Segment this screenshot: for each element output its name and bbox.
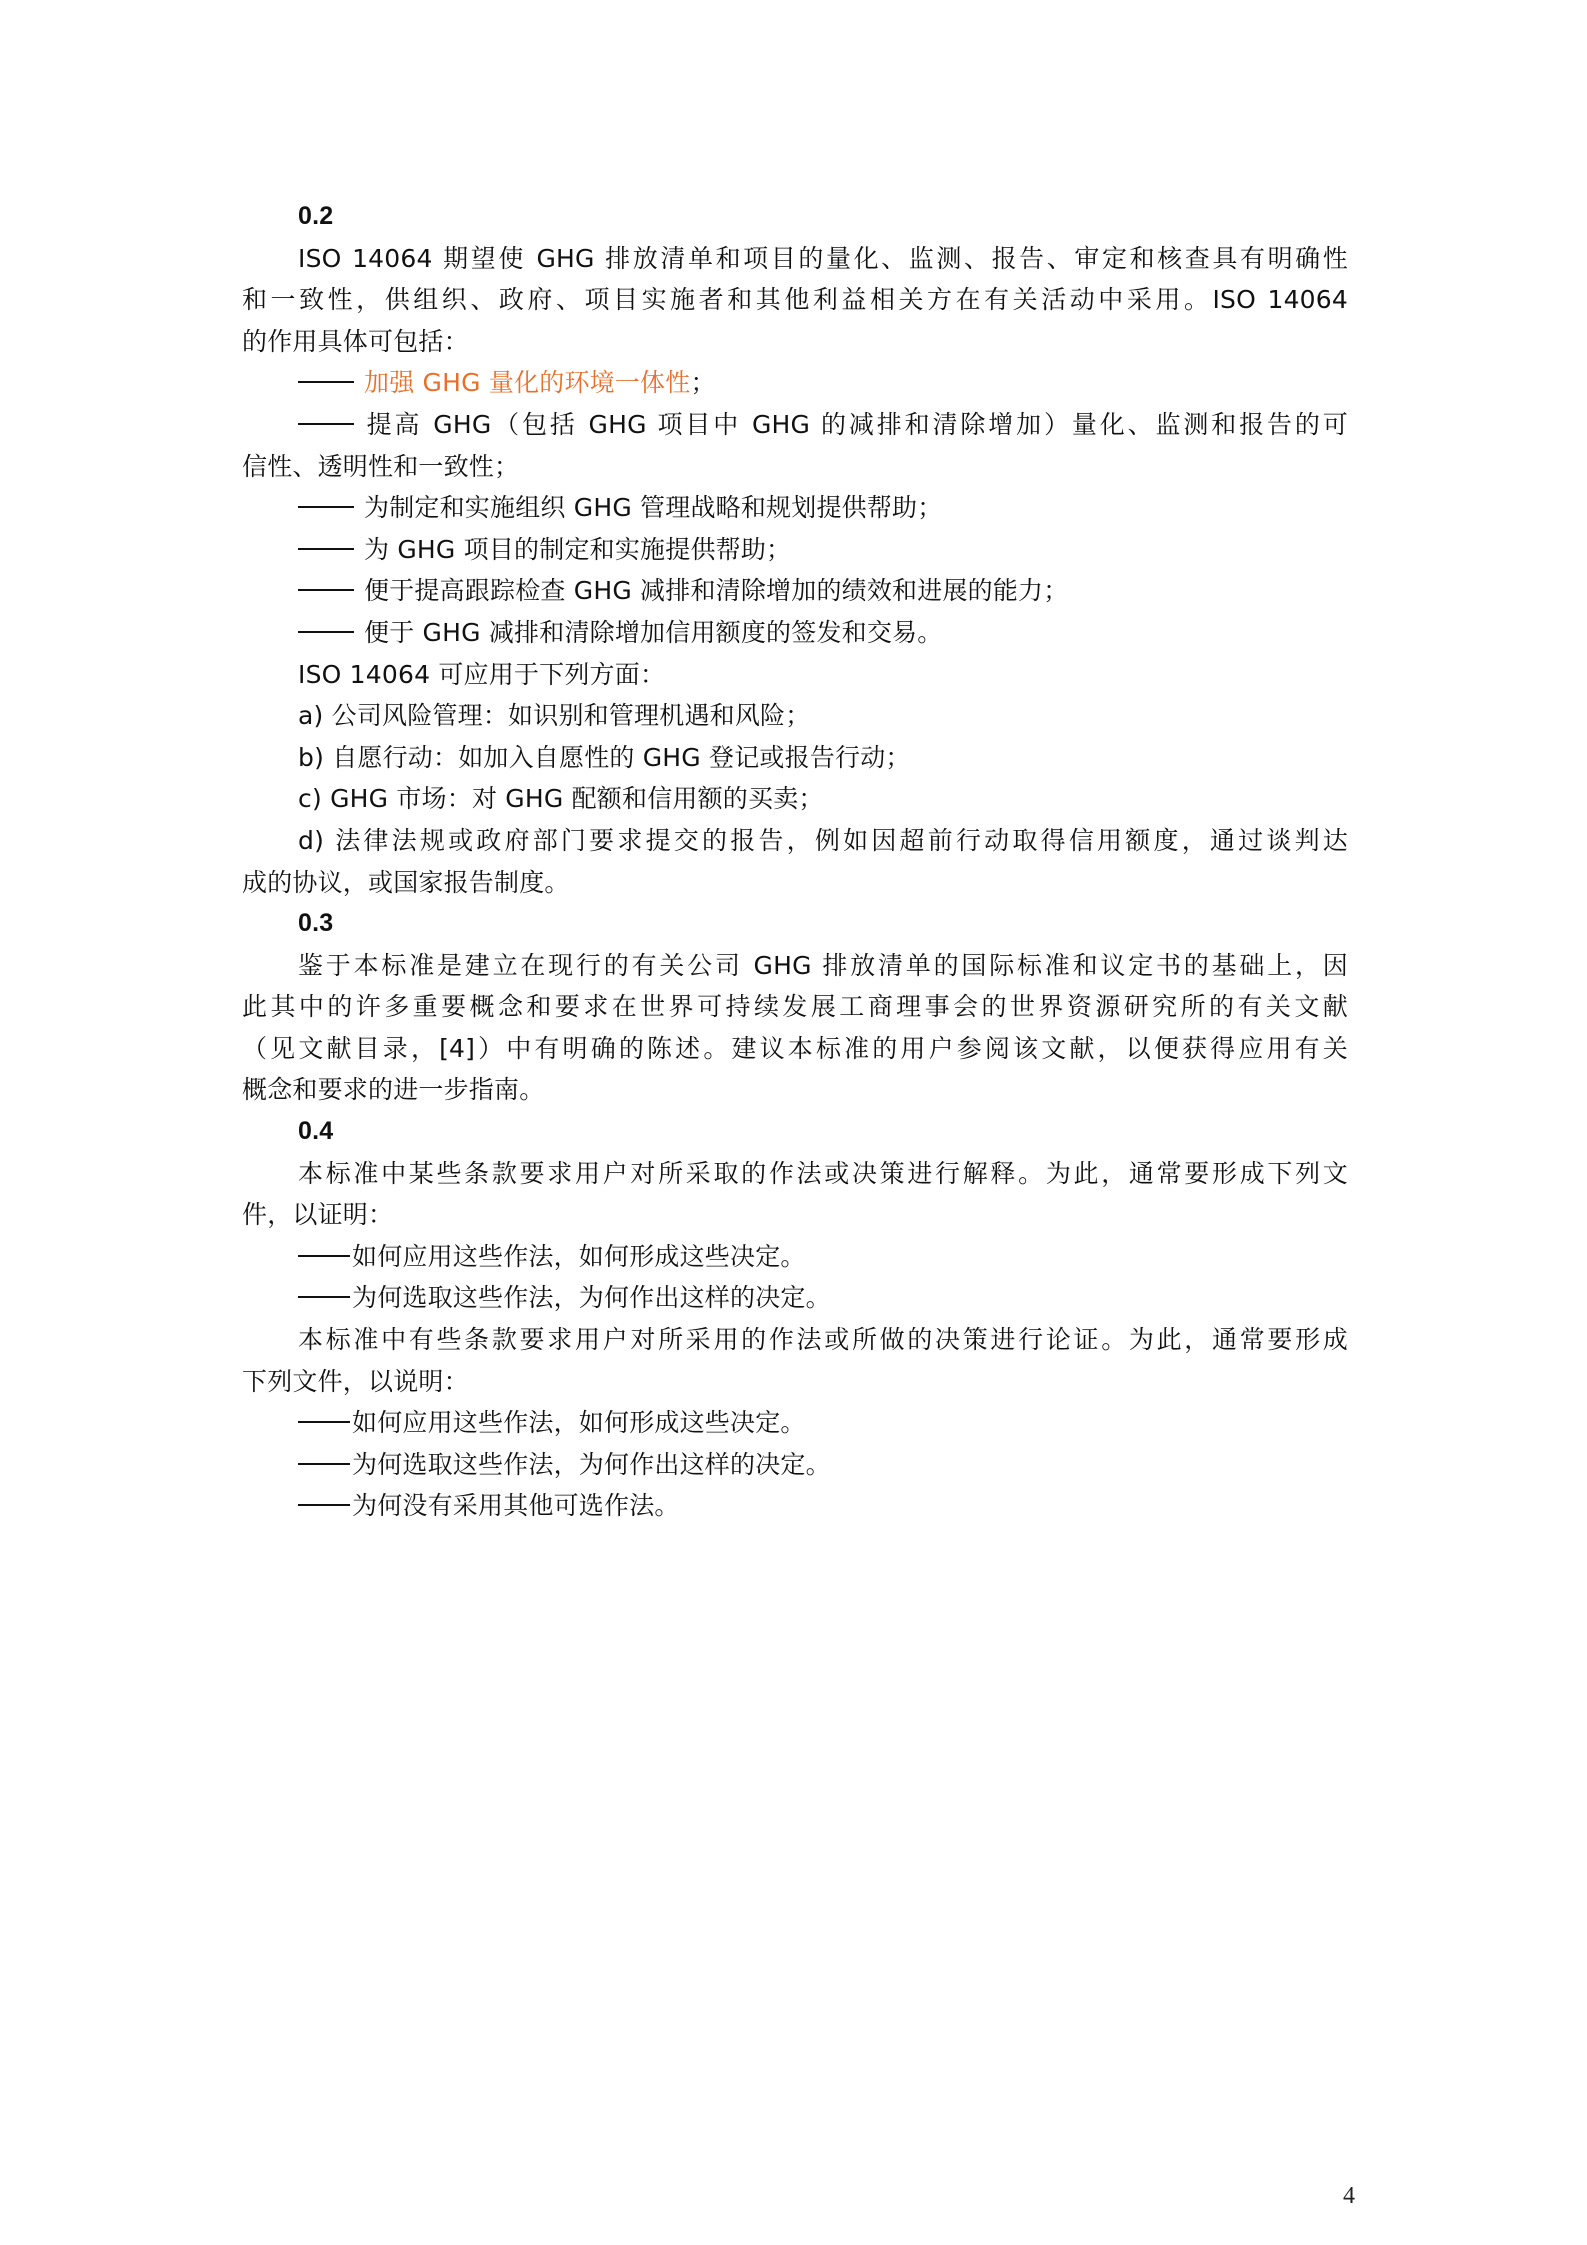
em-dash-bullet [298,506,354,508]
list-item: 为何没有采用其他可选作法。 [242,1485,1348,1527]
em-dash-bullet [298,381,354,383]
highlighted-text: 加强 GHG 量化的环境一体性 [364,368,690,397]
list-item-continuation: 信性、透明性和一致性； [242,446,1348,488]
paragraph-line: 件，以证明： [242,1194,1348,1236]
list-item: 加强 GHG 量化的环境一体性； [242,362,1348,404]
section-heading: 0.4 [242,1111,1348,1153]
em-dash-bullet [298,1421,350,1423]
list-label: b) [298,743,324,772]
em-dash-bullet [298,631,354,633]
paragraph-line: 此其中的许多重要概念和要求在世界可持续发展工商理事会的世界资源研究所的有关文献 [242,986,1348,1028]
paragraph-line: 本标准中某些条款要求用户对所采取的作法或决策进行解释。为此，通常要形成下列文 [242,1153,1348,1195]
list-item: 便于提高跟踪检查 GHG 减排和清除增加的绩效和进展的能力； [242,570,1348,612]
list-label: a) [298,701,323,730]
em-dash-bullet [298,1296,350,1298]
paragraph-line: 下列文件，以说明： [242,1361,1348,1403]
em-dash-bullet [298,548,354,550]
section-heading: 0.3 [242,903,1348,945]
paragraph-line: ISO 14064 期望使 GHG 排放清单和项目的量化、监测、报告、审定和核查… [242,238,1348,280]
section-0-3: 0.3 鉴于本标准是建立在现行的有关公司 GHG 排放清单的国际标准和议定书的基… [242,903,1348,1111]
paragraph-line: 的作用具体可包括： [242,321,1348,363]
list-item: 为 GHG 项目的制定和实施提供帮助； [242,529,1348,571]
list-item: d) 法律法规或政府部门要求提交的报告，例如因超前行动取得信用额度，通过谈判达 [242,820,1348,862]
list-item: c) GHG 市场：对 GHG 配额和信用额的买卖； [242,778,1348,820]
list-item: 为何选取这些作法，为何作出这样的决定。 [242,1277,1348,1319]
list-item-continuation: 成的协议，或国家报告制度。 [242,862,1348,904]
section-0-2: 0.2 ISO 14064 期望使 GHG 排放清单和项目的量化、监测、报告、审… [242,196,1348,903]
list-label: d) [298,826,324,855]
list-item: b) 自愿行动：如加入自愿性的 GHG 登记或报告行动； [242,737,1348,779]
paragraph-line: 概念和要求的进一步指南。 [242,1069,1348,1111]
page-number: 4 [1343,2183,1355,2210]
paragraph-line: ISO 14064 可应用于下列方面： [242,654,1348,696]
list-item: 如何应用这些作法，如何形成这些决定。 [242,1236,1348,1278]
list-item: 为何选取这些作法，为何作出这样的决定。 [242,1444,1348,1486]
list-item: 提高 GHG（包括 GHG 项目中 GHG 的减排和清除增加）量化、监测和报告的… [242,404,1348,446]
em-dash-bullet [298,589,354,591]
em-dash-bullet [298,1255,350,1257]
em-dash-bullet [298,423,354,425]
list-item: 为制定和实施组织 GHG 管理战略和规划提供帮助； [242,487,1348,529]
paragraph-line: 鉴于本标准是建立在现行的有关公司 GHG 排放清单的国际标准和议定书的基础上，因 [242,945,1348,987]
list-item: 便于 GHG 减排和清除增加信用额度的签发和交易。 [242,612,1348,654]
paragraph-line: 和一致性，供组织、政府、项目实施者和其他利益相关方在有关活动中采用。ISO 14… [242,279,1348,321]
list-label: c) [298,784,322,813]
em-dash-bullet [298,1504,350,1506]
list-item: 如何应用这些作法，如何形成这些决定。 [242,1402,1348,1444]
page-body: 0.2 ISO 14064 期望使 GHG 排放清单和项目的量化、监测、报告、审… [242,196,1348,1527]
paragraph-line: （见文献目录，[4]）中有明确的陈述。建议本标准的用户参阅该文献，以便获得应用有… [242,1028,1348,1070]
em-dash-bullet [298,1463,350,1465]
section-0-4: 0.4 本标准中某些条款要求用户对所采取的作法或决策进行解释。为此，通常要形成下… [242,1111,1348,1527]
section-heading: 0.2 [242,196,1348,238]
list-item: a) 公司风险管理：如识别和管理机遇和风险； [242,695,1348,737]
paragraph-line: 本标准中有些条款要求用户对所采用的作法或所做的决策进行论证。为此，通常要形成 [242,1319,1348,1361]
